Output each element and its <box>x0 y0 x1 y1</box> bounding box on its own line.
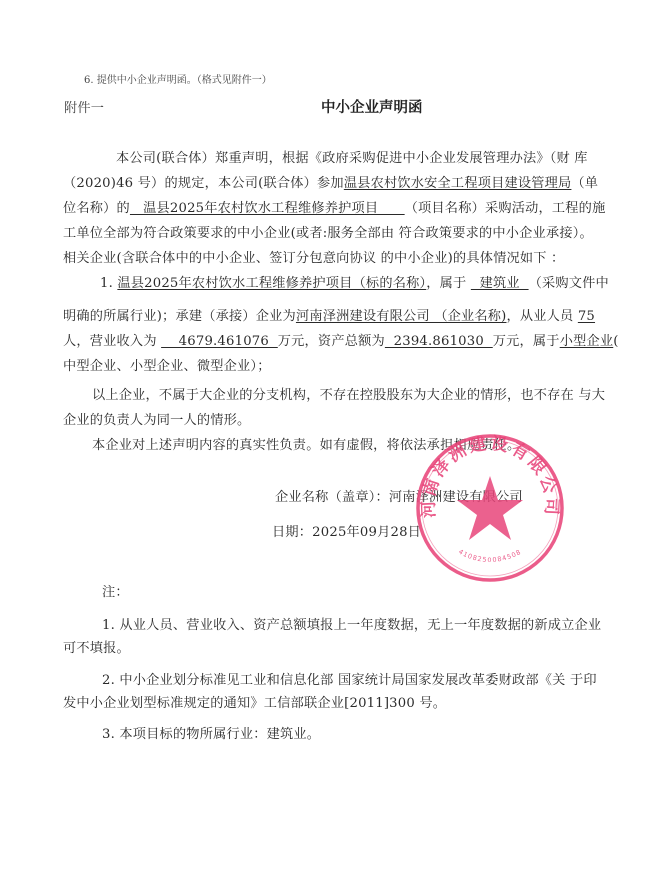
company-name: 河南泽洲建设有限公司 （企业名称) <box>296 309 507 324</box>
revenue: 4679.461076 <box>161 334 278 349</box>
total-assets: 2394.861030 <box>385 334 493 349</box>
item-1-line-4: 中型企业、小型企业、微型企业）； <box>63 355 271 374</box>
text: ( <box>613 334 618 349</box>
purchasing-unit: 温县农村饮水安全工程项目建设管理局 <box>344 176 572 191</box>
industry: 建筑业 <box>471 276 529 291</box>
text: ，从业人员 <box>507 309 578 324</box>
page-title: 中小企业声明函 <box>321 96 423 117</box>
paragraph-1-line-1: 本公司(联合体）郑重声明，根据《政府采购促进中小企业发展管理办法》（财 库 <box>116 147 588 166</box>
paragraph-1-line-3: 位名称）的 温县2025年农村饮水工程维修养护项目 （项目名称）采购活动，工程的… <box>63 197 605 216</box>
paragraph-1-line-4: 工单位全部为符合政策要求的中小企业(或者:服务全部由 符合政策要求的中小企业承接… <box>63 222 593 241</box>
item-1-line-2: 明确的所属行业)；承建（承接）企业为河南泽洲建设有限公司 （企业名称)，从业人员… <box>63 305 595 324</box>
text: 明确的所属行业)；承建（承接）企业为 <box>63 309 296 324</box>
attachment-label: 附件一 <box>64 97 104 116</box>
enterprise-type: 小型企业 <box>560 334 614 349</box>
format-note: 6. 提供中小企业声明函。（格式见附件一） <box>84 71 272 86</box>
text: （2020)46 号）的规定，本公司(联合体）参加 <box>63 176 344 191</box>
staff-count: 75 <box>578 309 595 324</box>
note-3: 3. 本项目标的物所属行业：建筑业。 <box>102 723 320 742</box>
text: （单 <box>571 176 598 191</box>
text: 万元，资产总额为 <box>278 334 385 349</box>
company-label: 企业名称（盖章）： <box>275 490 389 505</box>
paragraph-1-line-2: （2020)46 号）的规定，本公司(联合体）参加温县农村饮水安全工程项目建设管… <box>63 172 598 191</box>
project-name: 温县2025年农村饮水工程维修养护项目 <box>130 201 405 216</box>
note-2-line-2: 发中小企业划型标准规定的通知》工信部联企业[2011]300 号。 <box>63 692 446 711</box>
text: 人，营业收入为 <box>63 334 161 349</box>
text: （项目名称）采购活动，工程的施 <box>405 201 606 216</box>
company-seal-icon: 河南泽洲建设有限公司 4108250084508 <box>412 430 568 586</box>
signature-date: 日期：2025年09月28日 <box>272 521 421 540</box>
date-value: 2025年09月28日 <box>312 525 421 540</box>
lot-name: 温县2025年农村饮水工程维修养护项目（标的名称） <box>117 276 426 291</box>
item-1-line-3: 人，营业收入为 4679.461076 万元，资产总额为 2394.861030… <box>63 330 619 349</box>
date-label: 日期： <box>272 525 312 540</box>
note-2-line-1: 2. 中小企业划分标准见工业和信息化部 国家统计局国家发展改革委财政部《关 于印 <box>102 669 597 688</box>
paragraph-2-line-1: 以上企业，不属于大企业的分支机构，不存在控股股东为大企业的情形，也不存在 与大 <box>92 384 605 403</box>
text: 1. <box>100 276 117 291</box>
text: 万元，属于 <box>493 334 560 349</box>
item-1-line-1: 1. 温县2025年农村饮水工程维修养护项目（标的名称），属于 建筑业 （采购文… <box>100 272 609 291</box>
notes-label: 注： <box>102 581 129 600</box>
paragraph-1-line-5: 相关企业(含联合体中的中小企业、签订分包意向协议 的中小企业)的具体情况如下 ： <box>63 247 564 266</box>
note-1-line-2: 可不填报。 <box>63 637 130 656</box>
text: （采购文件中 <box>529 276 609 291</box>
note-1-line-1: 1. 从业人员、营业收入、资产总额填报上一年度数据，无上一年度数据的新成立企业 <box>102 614 601 633</box>
text: 位名称）的 <box>63 201 130 216</box>
svg-text:4108250084508: 4108250084508 <box>457 548 523 564</box>
text: ，属于 <box>426 276 471 291</box>
paragraph-2-line-2: 企业的负责人为同一人的情形。 <box>63 409 250 428</box>
